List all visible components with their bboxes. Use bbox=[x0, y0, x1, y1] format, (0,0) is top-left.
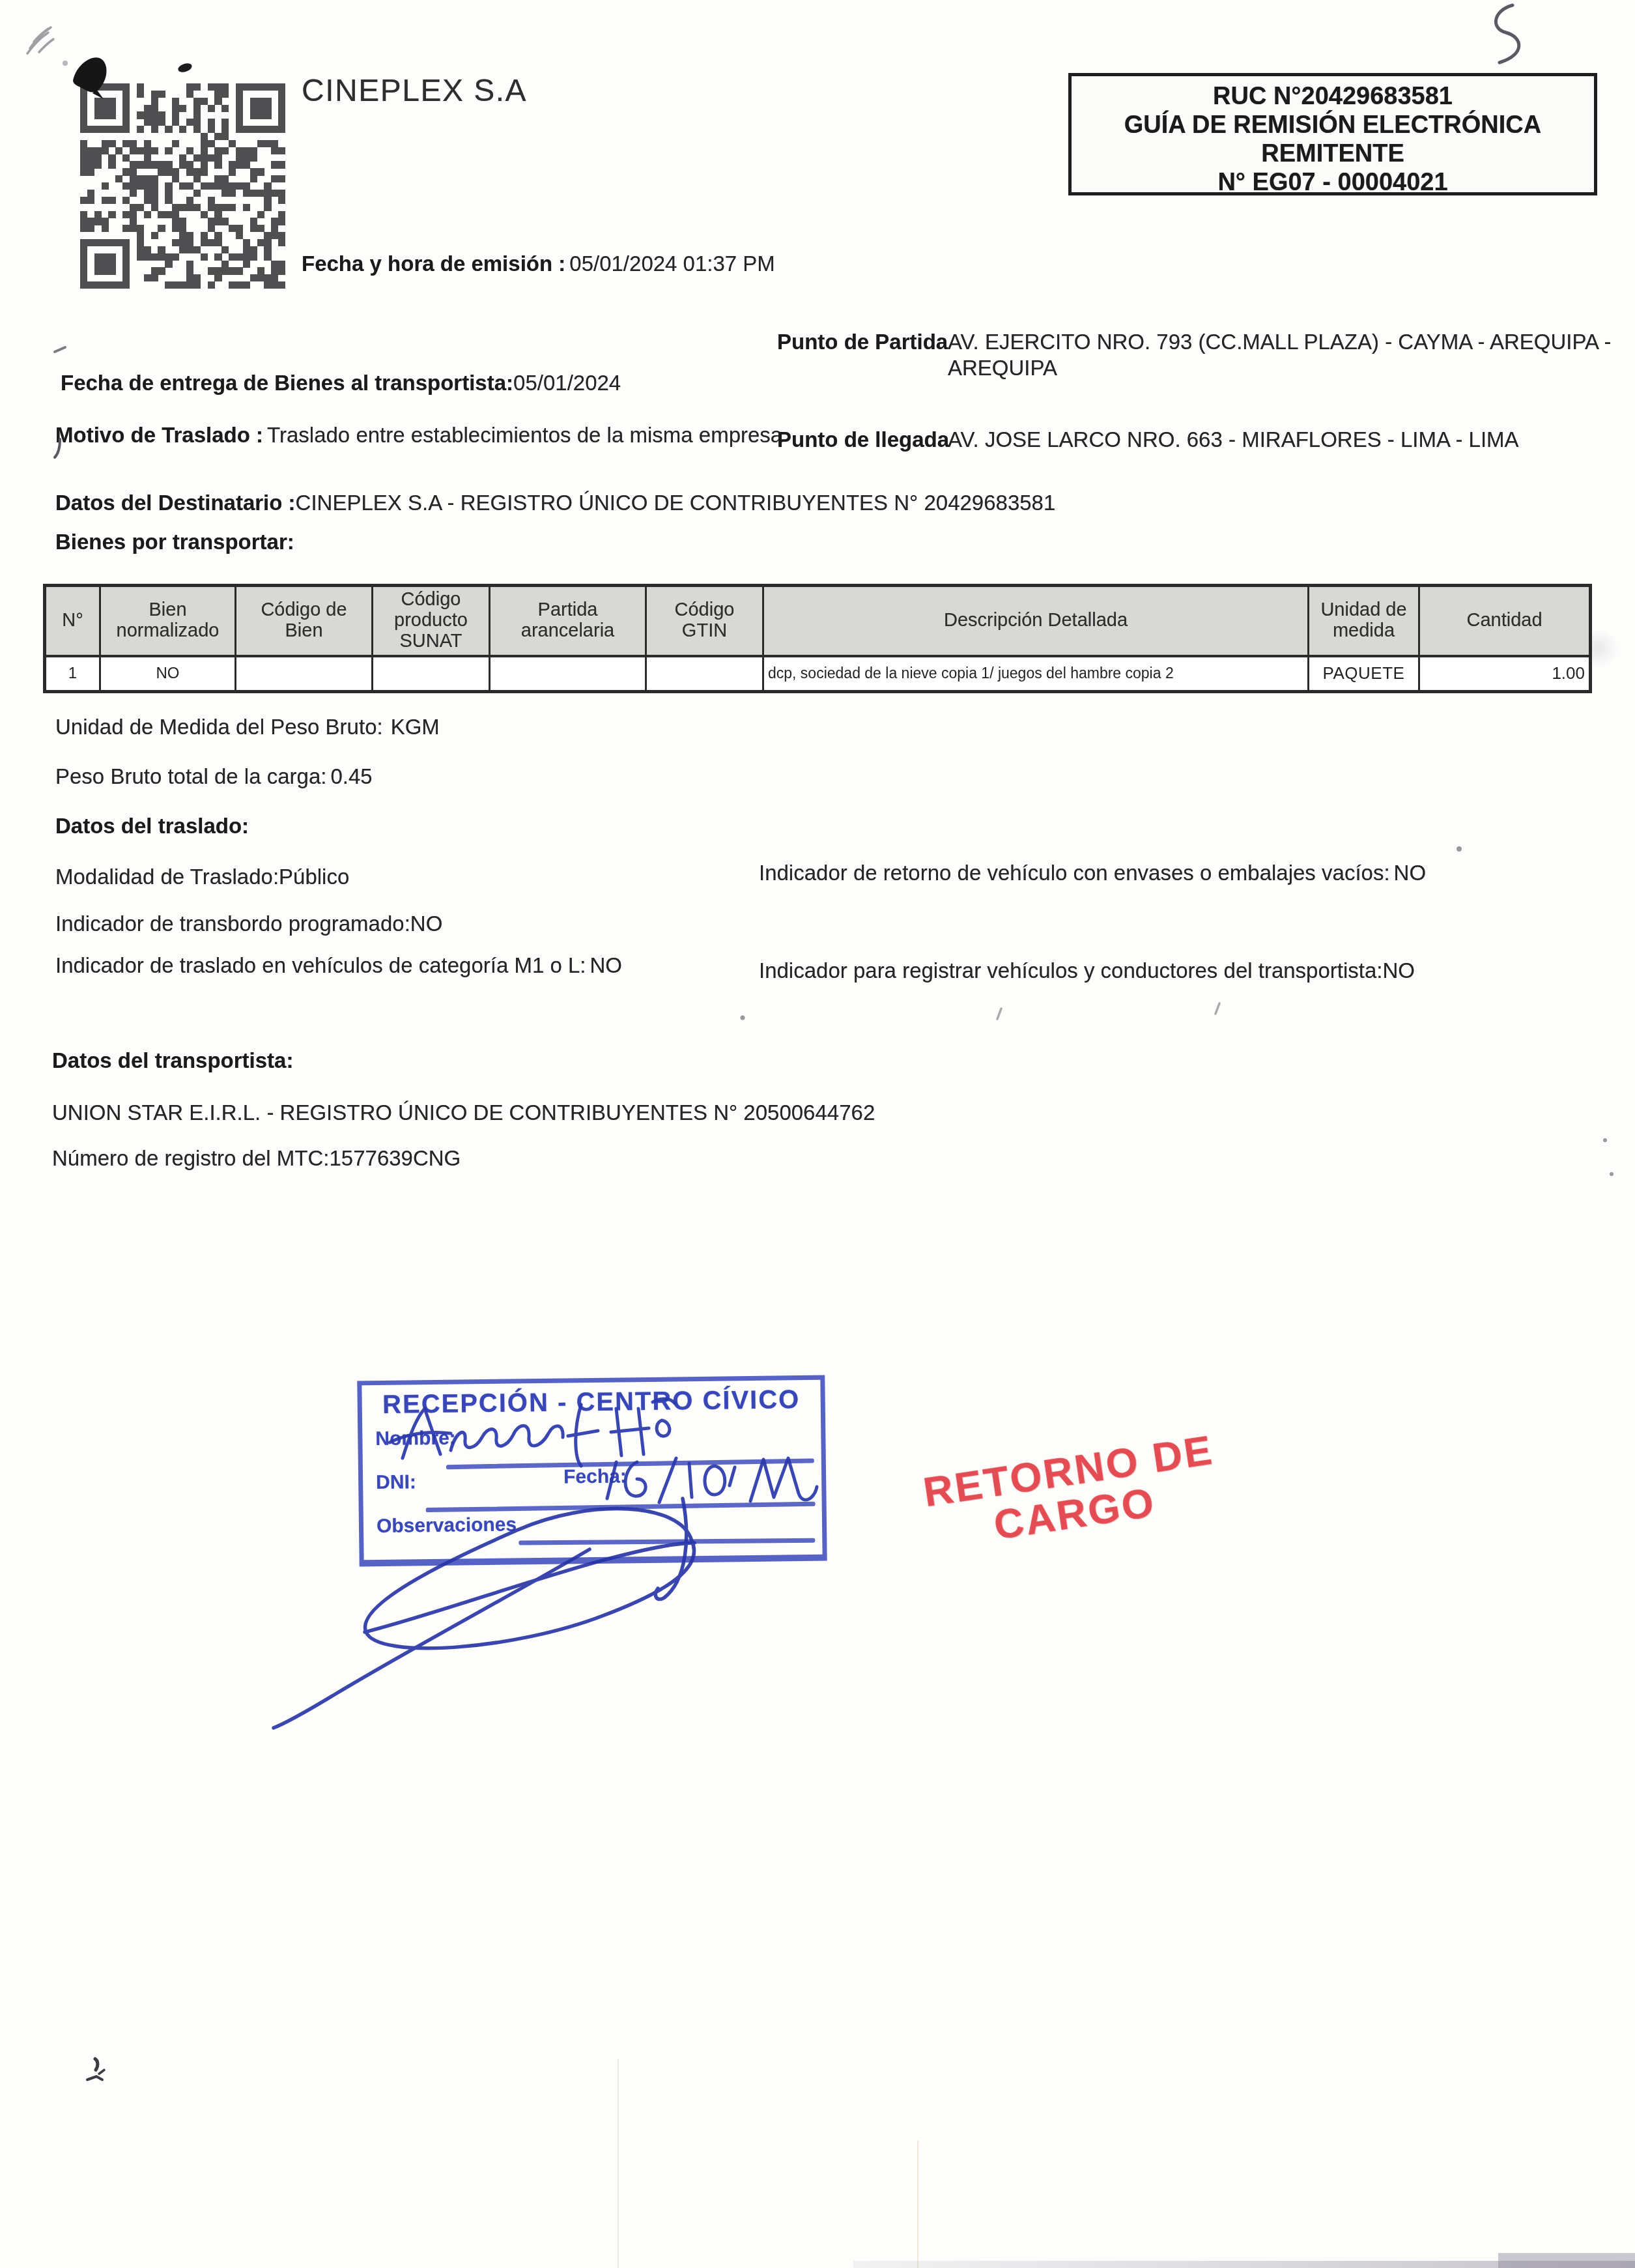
handwritten-date bbox=[607, 1458, 817, 1502]
speck-comma bbox=[55, 439, 60, 457]
scan-ticks bbox=[997, 1003, 1219, 1019]
scan-specks bbox=[741, 1, 1614, 1176]
pen-squiggle-topleft bbox=[27, 27, 53, 53]
gray-dot-artifact bbox=[63, 61, 68, 66]
handwriting-overlay bbox=[0, 0, 1635, 2268]
scanned-document-page: CINEPLEX S.A Fecha y hora de emisión :05… bbox=[0, 0, 1635, 2268]
ink-dot bbox=[177, 62, 193, 74]
ink-blob bbox=[73, 57, 107, 92]
speck-dash bbox=[55, 347, 65, 352]
signature bbox=[274, 1499, 694, 1728]
pen-mark-s-topright bbox=[1496, 5, 1518, 63]
bottom-left-marks bbox=[87, 2059, 104, 2080]
handwritten-name bbox=[390, 1399, 675, 1466]
